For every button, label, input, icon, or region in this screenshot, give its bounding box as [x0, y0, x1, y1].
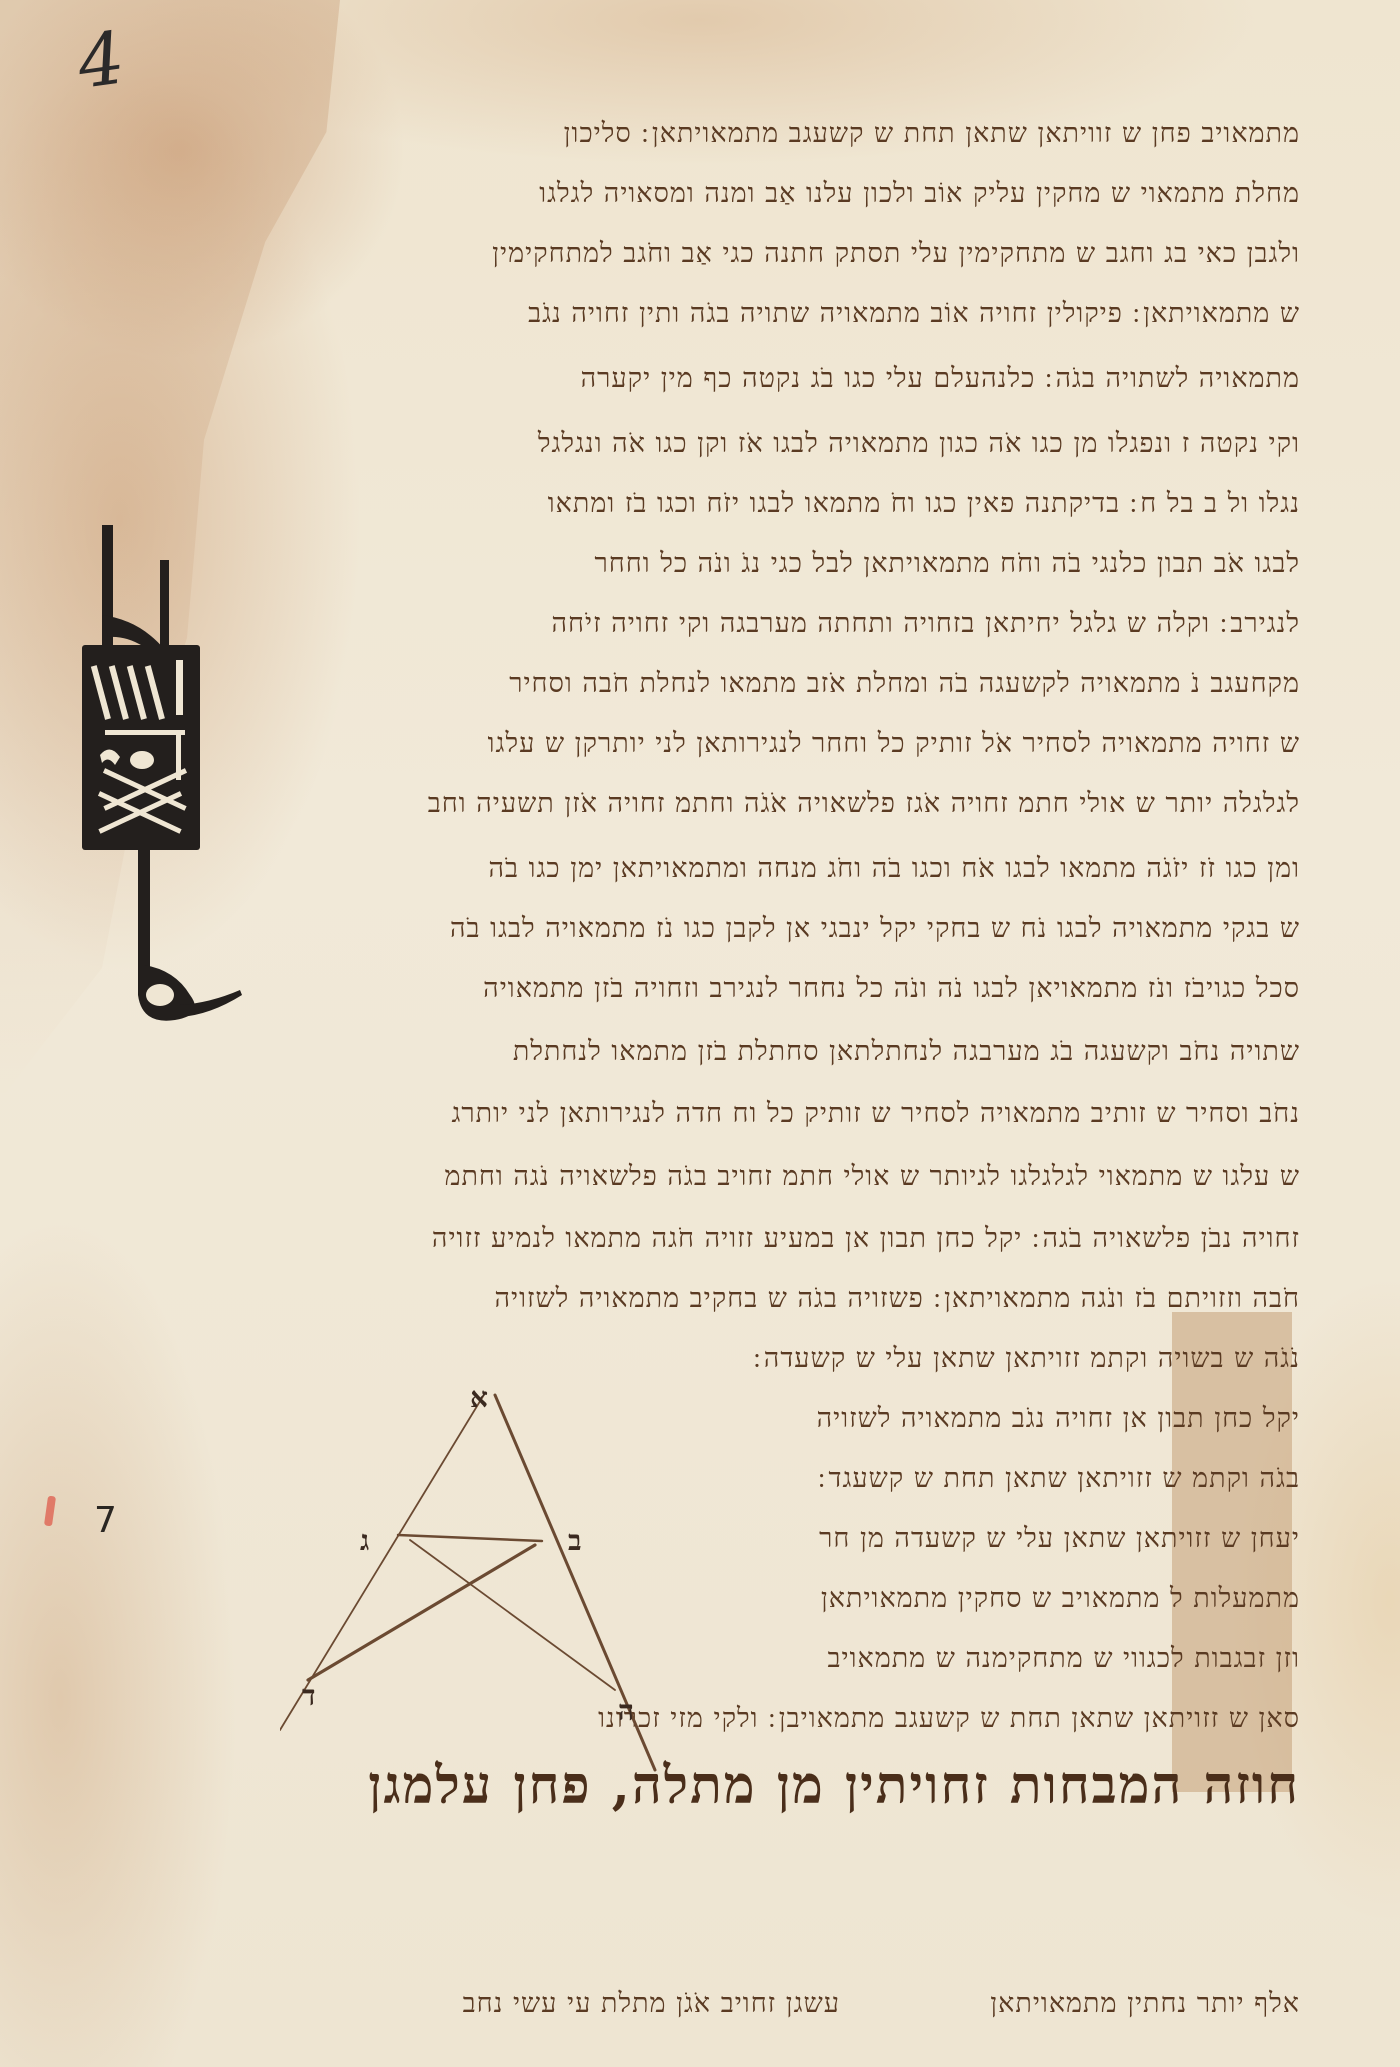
- diagram-label-apex: א: [470, 1385, 488, 1414]
- text-line: ש זחויה מתמאויה לסחיר אֹל זותיק כל וחחר …: [488, 730, 1300, 757]
- text-line: מחלת מתמאוי ש מחקין עליק אוֹב ולכון עלנו…: [539, 180, 1300, 207]
- text-line: סכל כגויבֹז ונֹז מתמאויאן לבגו נֹה ונֹה …: [483, 975, 1300, 1002]
- text-line: יקל כחן תבון אן זחויה נגֹב מתמאויה לשזוי…: [817, 1405, 1300, 1432]
- geometric-diagram: א ג ב ד ה: [280, 1385, 680, 1785]
- text-line: לגלגלה יותר ש אולי חתמ זחויה אֹגז פלשאוי…: [428, 790, 1300, 817]
- text-line: בגֹה וקתמ ש זזויתאן שתאן תחת ש קשעגד ׃: [818, 1465, 1300, 1492]
- diagram-label-left-mid: ג: [360, 1524, 369, 1557]
- text-line: יעחן ש זזויתאן שתאן עלי ש קשעדה מן חר: [819, 1525, 1300, 1552]
- text-line: לבגו אֹב תבון כלנגי בֹה וחֹח מתמאויתאן ל…: [595, 550, 1301, 577]
- diagram-label-right-mid: ב: [568, 1524, 582, 1557]
- text-line: מקחעגב נֹ מתמאויה לקשעגה בֹה ומחלת אֹזב …: [509, 670, 1300, 697]
- text-line: זחויה נבֹן פלשאויה בֹגה ׃ יקל כחן תבון א…: [432, 1225, 1300, 1252]
- diagram-label-bottom-left: ד: [302, 1679, 315, 1712]
- text-line: וזן זבגבות לכגווי ש מתחקימנה ש מתמאויב: [828, 1645, 1301, 1672]
- text-line: ש מתמאויתאן ׃ פיקולין זחויה אוֹב מתמאויה…: [528, 300, 1300, 327]
- text-line: נחֹב וסחיר ש זותיב מתמאויה לסחיר ש זותיק…: [451, 1100, 1300, 1127]
- text-line: ומן כגו זֹז יזֹגֹה מתמאו לבגו אֹח וכגו ב…: [488, 855, 1300, 882]
- text-line: חֹבה וזזויתם בֹז ונֹגה מתמאויתאן ׃ פשזוי…: [495, 1285, 1300, 1312]
- red-margin-mark: [44, 1496, 56, 1527]
- manuscript-page: 4 מתמאוי: [0, 0, 1400, 2067]
- text-line: מתמאויה לשתויה בגֹה ׃ כלנהעלם עלי כגו בֹ…: [581, 365, 1300, 392]
- text-line: וקי נקטה ז ונפגלו מן כגו אֹה כגון מתמאוי…: [538, 430, 1300, 457]
- text-line: ש עלגו ש מתמאוי לגלגלגו לגיותר ש אולי חת…: [444, 1163, 1300, 1190]
- text-line: ש בגקי מתמאויה לבגו נֹח ש בחקי יקל ינבגי…: [450, 915, 1300, 942]
- text-line: לנגירב ׃ וקלה ש גלגל יחיתאן בזחויה ותחתה…: [552, 610, 1300, 637]
- text-line: נגלו ול ב בל ח ׃ בדיקתנה פאין כגו וחֹ מת…: [548, 490, 1300, 517]
- diagram-label-bottom-right: ה: [618, 1694, 634, 1727]
- text-line: מתמעלות ל מתמאויב ש סחקין מתמאויתאן: [821, 1585, 1300, 1612]
- text-line: נֹגֹה ש בשויה וקתמ זזויתאן שתאן עלי ש קש…: [753, 1345, 1300, 1372]
- margin-number: 7: [94, 1500, 117, 1541]
- text-line: שתויה נחֹב וקשעגה בֹג מערבגה לנחתלתאן סח…: [513, 1038, 1300, 1065]
- closing-line-left: עשגן זחויב אֹגֹן מתלת עי עשי נחב: [463, 1990, 840, 2017]
- closing-line-right: אלף יותר נחתין מתמאויתאן: [990, 1990, 1300, 2017]
- text-line: סאן ש זזויתאן שתאן תחת ש קשעגב מתמאויבן …: [598, 1705, 1300, 1732]
- text-line: מתמאויב פחן ש זוויתאן שתאן תחת ש קשעגב מ…: [564, 120, 1300, 147]
- text-line: ולגבן כאי בג וחגב ש מתחקימין עלי תסתק חת…: [492, 240, 1300, 267]
- catchword-ornament-icon: [80, 525, 260, 1045]
